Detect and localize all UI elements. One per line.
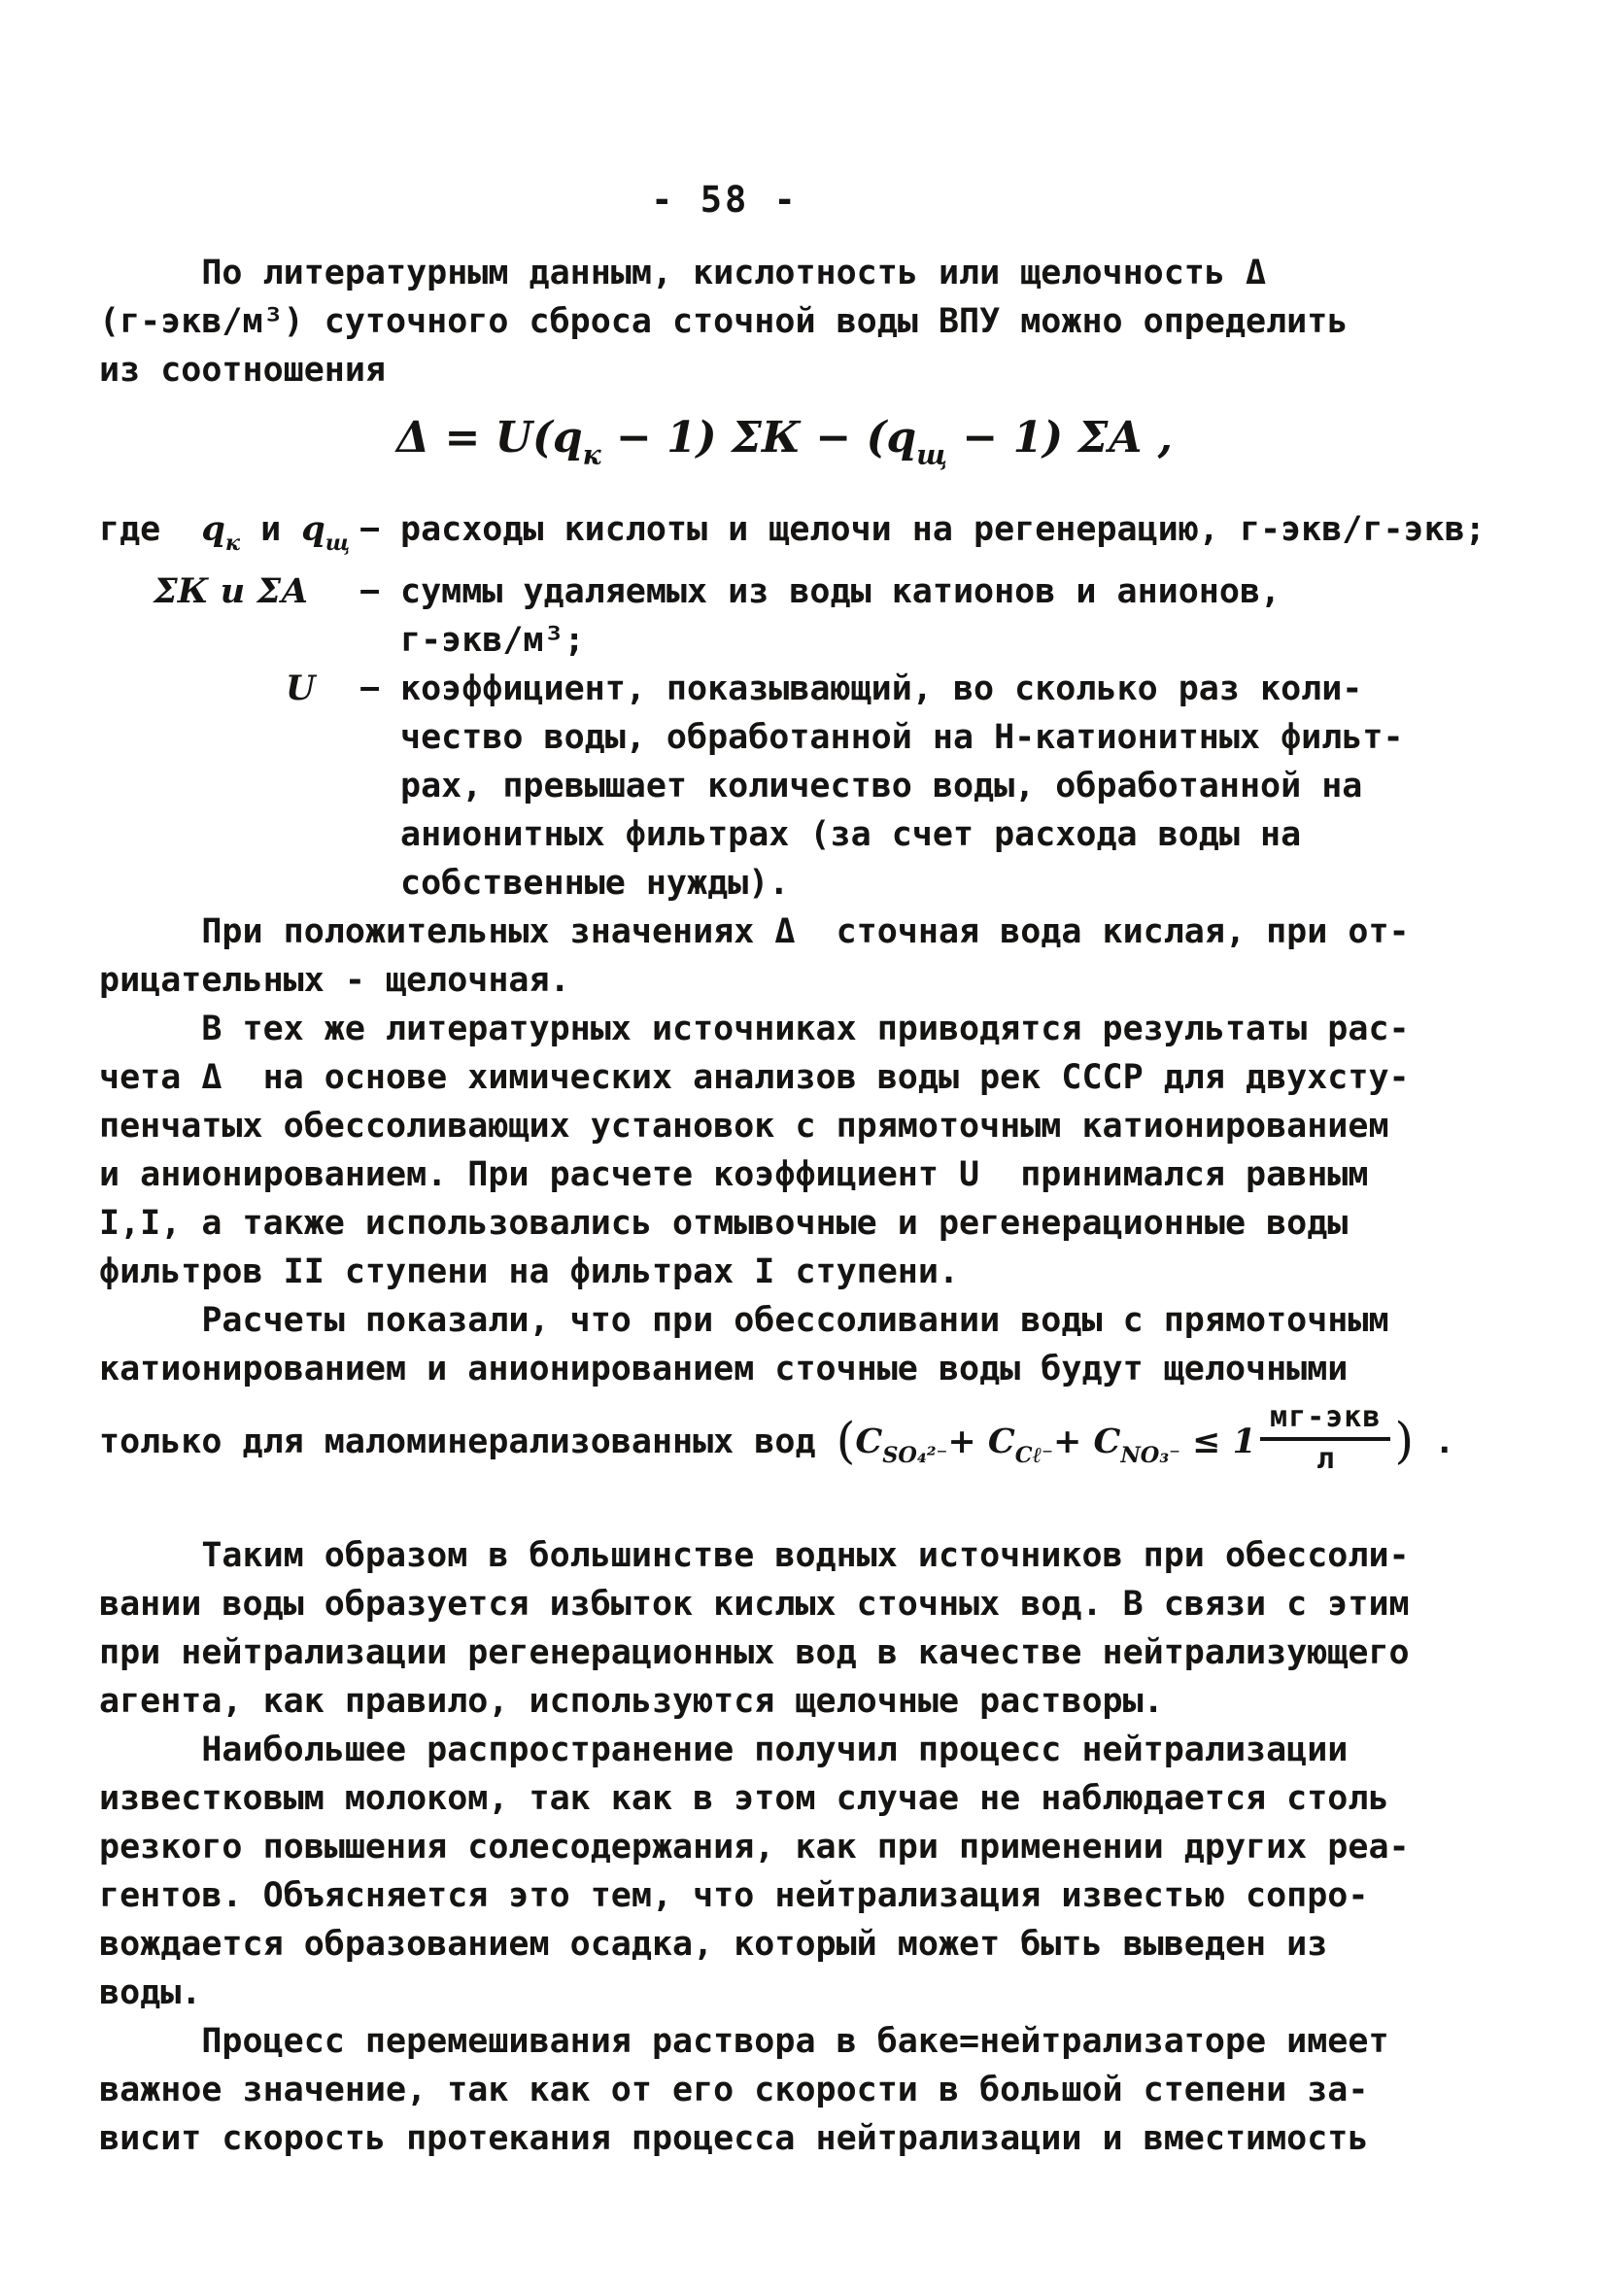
formula-segment: к (225, 531, 240, 556)
formula-segment: − 1) ΣК − (q (601, 413, 916, 463)
definition-row-q: где qк и qщ − расходы кислоты и щелочи н… (99, 505, 1550, 567)
text-line: анионитных фильтрах (за счет расхода вод… (400, 810, 1550, 859)
definition-description: расходы кислоты и щелочи на регенерацию,… (400, 505, 1550, 554)
formula-segment: щ (916, 439, 947, 471)
definition-description: суммы удаляемых из воды катионов и анион… (400, 567, 1550, 665)
document-page: - 58 - По литературным данным, кислотнос… (0, 0, 1606, 2296)
text-line: при нейтрализации регенерационных вод в … (99, 1628, 1550, 1677)
concentration-formula-line: только для маломинерализованных вод (CSO… (99, 1393, 1550, 1489)
text-line: расходы кислоты и щелочи на регенерацию,… (400, 505, 1550, 554)
formula-segment: q (201, 509, 224, 549)
text-line: (г-экв/м³) суточного сброса сточной воды… (99, 297, 1550, 346)
text-line: собственные нужды). (400, 859, 1550, 908)
formula-segment: C (855, 1422, 882, 1461)
text-line: висит скорость протекания процесса нейтр… (99, 2114, 1550, 2163)
text-line: При положительных значениях Δ сточная во… (99, 908, 1550, 956)
fraction-denominator: л (1316, 1441, 1334, 1478)
formula-segment: и (240, 510, 301, 549)
text-line: Наибольшее распространение получил проце… (99, 1726, 1550, 1774)
definitions-block: где qк и qщ − расходы кислоты и щелочи н… (99, 505, 1550, 908)
formula-segment: Cℓ⁻ (1015, 1443, 1053, 1468)
fraction-numerator: мг-экв (1260, 1400, 1390, 1441)
definition-dash: − (359, 665, 400, 713)
formula-segment: . (1414, 1422, 1454, 1461)
page-number: - 58 - (0, 179, 1450, 221)
definition-row-u: U − коэффициент, показывающий, во скольк… (99, 665, 1550, 908)
delta-formula: Δ = U(qк − 1) ΣК − (qщ − 1) ΣА , (396, 404, 1550, 490)
formula-segment: + C (1053, 1422, 1120, 1461)
text-line: По литературным данным, кислотность или … (99, 249, 1550, 297)
text-line: фильтров II ступени на фильтрах I ступен… (99, 1248, 1550, 1296)
text-line: агента, как правило, используются щелочн… (99, 1677, 1550, 1726)
paragraph-sources: В тех же литературных источниках приводя… (99, 1005, 1550, 1296)
formula-segment: где (99, 510, 201, 549)
text-line: В тех же литературных источниках приводя… (99, 1005, 1550, 1053)
text-line: катионированием и анионированием сточные… (99, 1345, 1550, 1393)
text-line: чество воды, обработанной на Н-катионитн… (400, 713, 1550, 762)
fraction-mg-ekv-per-l: мг-экв л (1260, 1400, 1390, 1478)
text-line: пенчатых обессоливающих установок с прям… (99, 1102, 1550, 1150)
formula-segment: ( (837, 1412, 856, 1469)
formula-segment: NO₃⁻ (1120, 1443, 1180, 1468)
definition-description: коэффициент, показывающий, во сколько ра… (400, 665, 1550, 908)
formula-segment: ≤ 1 (1180, 1422, 1256, 1461)
formula-segment: + C (947, 1422, 1014, 1461)
text-line: важное значение, так как от его скорости… (99, 2066, 1550, 2114)
text-line: г-экв/м³; (400, 616, 1550, 665)
formula-segment: SO₄²⁻ (882, 1443, 947, 1468)
text-line: воды. (99, 1969, 1550, 2017)
text-line: Таким образом в большинстве водных источ… (99, 1531, 1550, 1580)
paragraph-delta-sign: При положительных значениях Δ сточная во… (99, 908, 1550, 1005)
formula-text-before: только для маломинерализованных вод (CSO… (99, 1412, 1256, 1469)
definition-term: ΣК и ΣА (99, 567, 359, 616)
text-line: известковым молоком, так как в этом случ… (99, 1774, 1550, 1823)
definition-row-sums: ΣК и ΣА − суммы удаляемых из воды катион… (99, 567, 1550, 665)
formula-segment: ΣК и ΣА (154, 571, 309, 611)
page-content: По литературным данным, кислотность или … (99, 249, 1550, 2163)
formula-segment: щ (325, 531, 350, 556)
text-line: вождается образованием осадка, который м… (99, 1920, 1550, 1969)
formula-text-after: ) . (1394, 1412, 1454, 1469)
formula-segment: Δ = U(q (396, 413, 583, 463)
text-line: суммы удаляемых из воды катионов и анион… (400, 567, 1550, 616)
text-line: Расчеты показали, что при обессоливании … (99, 1296, 1550, 1345)
text-line: вании воды образуется избыток кислых сто… (99, 1580, 1550, 1628)
text-line: гентов. Объясняется это тем, что нейтрал… (99, 1871, 1550, 1920)
formula-segment: только для маломинерализованных вод (99, 1422, 837, 1461)
text-line: резкого повышения солесодержания, как пр… (99, 1823, 1550, 1871)
formula-segment: к (583, 439, 601, 471)
paragraph-intro: По литературным данным, кислотность или … (99, 249, 1550, 394)
paragraph-mixing: Процесс перемешивания раствора в баке=не… (99, 2017, 1550, 2163)
text-line: I,I, а также использовались отмывочные и… (99, 1199, 1550, 1248)
text-line: Процесс перемешивания раствора в баке=не… (99, 2017, 1550, 2066)
text-line: чета Δ на основе химических анализов вод… (99, 1053, 1550, 1102)
paragraph-thus: Таким образом в большинстве водных источ… (99, 1531, 1550, 1726)
paragraph-calculations: Расчеты показали, что при обессоливании … (99, 1296, 1550, 1393)
definition-dash: − (359, 567, 400, 616)
formula-segment: q (301, 509, 325, 549)
formula-segment: U (286, 668, 316, 708)
formula-segment: ) (1394, 1412, 1414, 1469)
definition-term: где qк и qщ (99, 505, 359, 567)
definition-term: U (99, 665, 359, 713)
definition-dash: − (359, 505, 400, 554)
text-line: коэффициент, показывающий, во сколько ра… (400, 665, 1550, 713)
formula-segment: − 1) ΣА , (947, 413, 1173, 463)
paragraph-lime-milk: Наибольшее распространение получил проце… (99, 1726, 1550, 2017)
text-line: и анионированием. При расчете коэффициен… (99, 1150, 1550, 1199)
text-line: рах, превышает количество воды, обработа… (400, 762, 1550, 810)
text-line: рицательных - щелочная. (99, 956, 1550, 1005)
text-line: из соотношения (99, 346, 1550, 394)
